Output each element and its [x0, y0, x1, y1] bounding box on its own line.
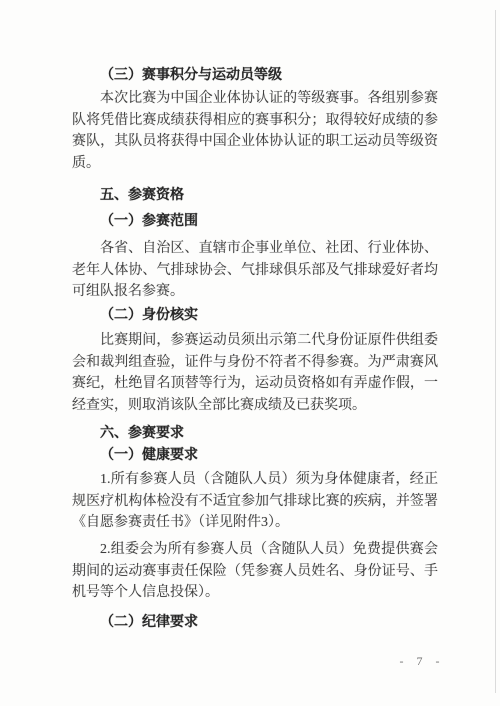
- section-heading-eligibility: 五、参赛资格: [72, 185, 438, 207]
- body-paragraph-identity: 比赛期间，参赛运动员须出示第二代身份证原件供组委会和裁判组查验，证件与身份不符者…: [72, 330, 438, 417]
- body-paragraph-health-2: 2.组委会为所有参赛人员（含随队人员）免费提供赛会期间的运动赛事责任保险（凭参赛…: [72, 539, 438, 604]
- document-page: （三）赛事积分与运动员等级 本次比赛为中国企业体协认证的等级赛事。各组别参赛队将…: [0, 0, 500, 706]
- subsection-heading-event-points: （三）赛事积分与运动员等级: [72, 65, 438, 87]
- section-heading-requirements: 六、参赛要求: [72, 423, 438, 445]
- subsection-heading-scope: （一）参赛范围: [72, 211, 438, 233]
- page-number: - 7 -: [392, 654, 452, 669]
- scan-edge-line: [495, 10, 496, 693]
- body-paragraph-health-1: 1.所有参赛人员（含随队人员）须为身体健康者，经正规医疗机构体检没有不适宜参加气…: [72, 469, 438, 534]
- subsection-heading-identity: （二）身份核实: [72, 305, 438, 327]
- subsection-heading-discipline: （二）纪律要求: [72, 612, 438, 634]
- body-paragraph-scope: 各省、自治区、直辖市企事业单位、社团、行业体协、老年人体协、气排球协会、气排球俱…: [72, 238, 438, 303]
- body-paragraph-event-points: 本次比赛为中国企业体协认证的等级赛事。各组别参赛队将凭借比赛成绩获得相应的赛事积…: [72, 88, 438, 175]
- subsection-heading-health: （一）健康要求: [72, 445, 438, 467]
